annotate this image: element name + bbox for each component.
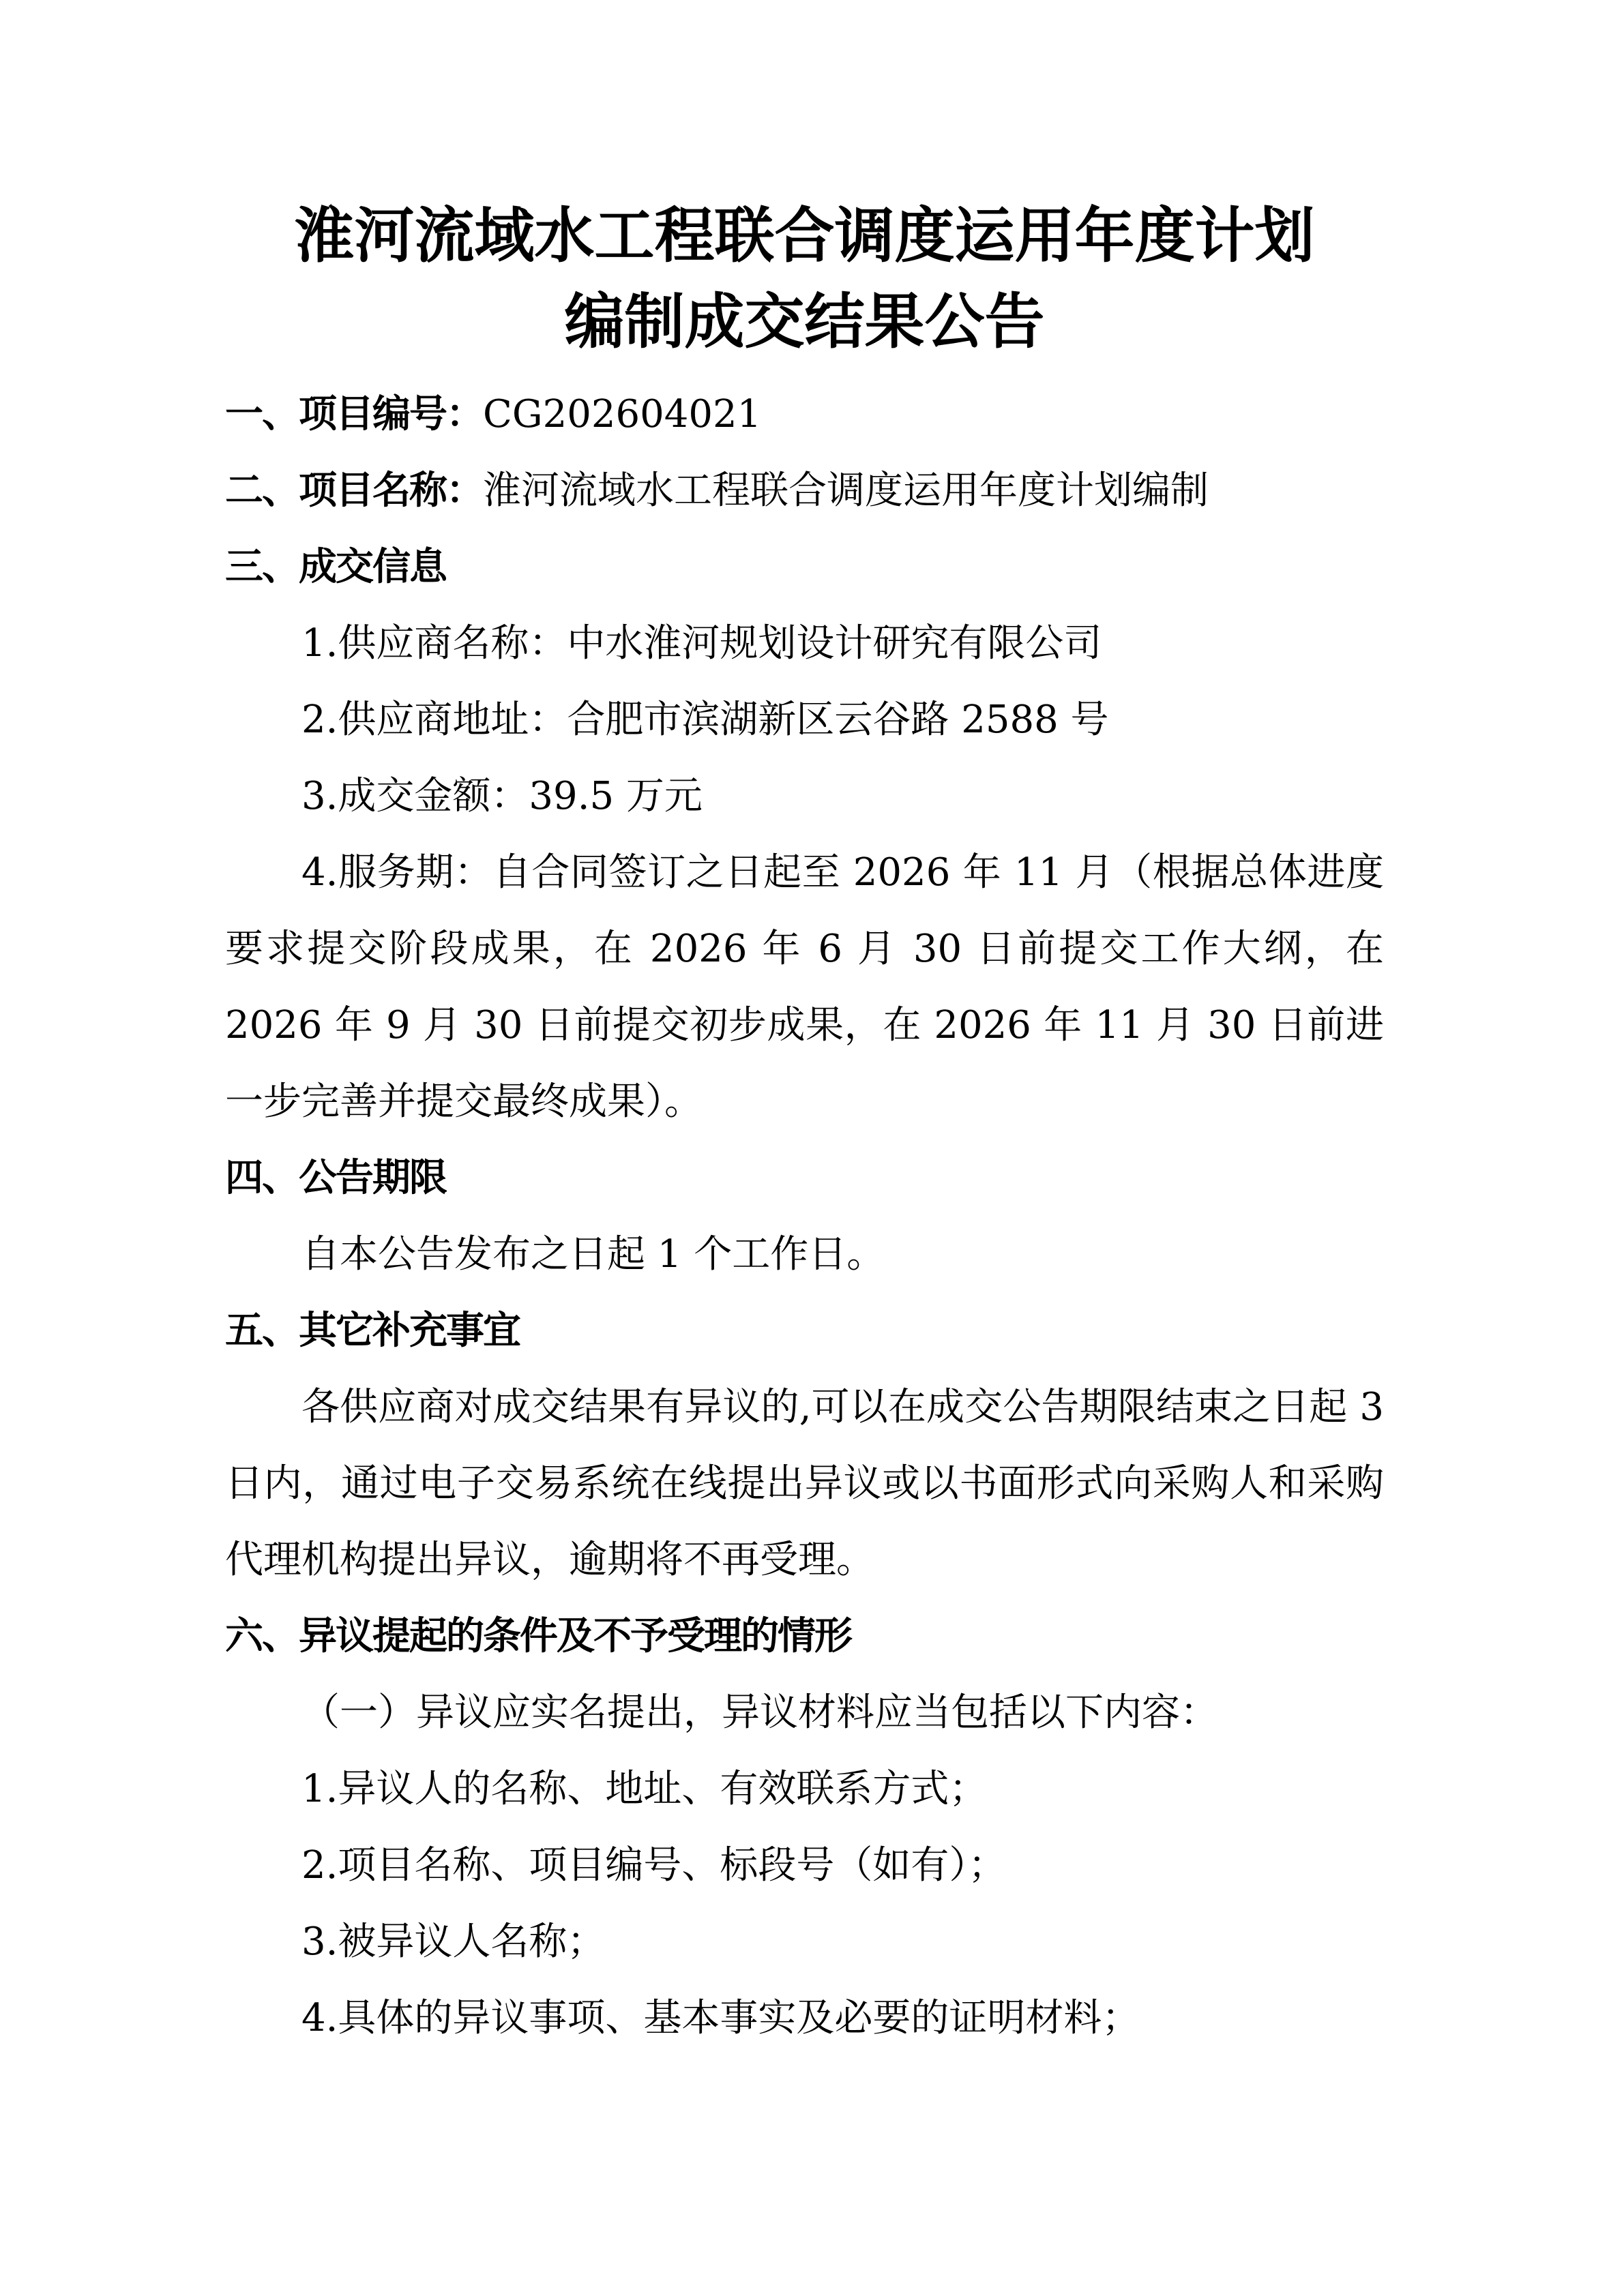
section-label-project-name: 二、项目名称： — [225, 468, 483, 513]
section-label-objection-conditions: 六、异议提起的条件及不予受理的情形 — [225, 1614, 851, 1658]
document-title: 淮河流域水工程联合调度运用年度计划 编制成交结果公告 — [225, 192, 1384, 364]
section-label-supplementary: 五、其它补充事宜 — [225, 1309, 520, 1353]
paragraph-objection-requirements: （一）异议应实名提出，异议材料应当包括以下内容： — [225, 1675, 1384, 1751]
section-label-project-number: 一、项目编号： — [225, 392, 483, 436]
section-label-announcement-period: 四、公告期限 — [225, 1156, 446, 1200]
paragraph-award-amount: 3.成交金额：39.5 万元 — [225, 758, 1384, 835]
paragraph-objection-procedure: 各供应商对成交结果有异议的,可以在成交公告期限结束之日起 3 日内，通过电子交易… — [225, 1369, 1384, 1598]
section-heading-project-number: 一、项目编号：CG202604021 — [225, 376, 1384, 453]
paragraph-objected-party: 3.被异议人名称； — [225, 1904, 1384, 1980]
document-body: 一、项目编号：CG202604021 二、项目名称：淮河流域水工程联合调度运用年… — [225, 376, 1384, 2057]
document-title-line-1: 淮河流域水工程联合调度运用年度计划 — [225, 192, 1384, 278]
project-name-value: 淮河流域水工程联合调度运用年度计划编制 — [483, 468, 1209, 513]
section-heading-supplementary: 五、其它补充事宜 — [225, 1293, 1384, 1369]
section-label-award-info: 三、成交信息 — [225, 545, 446, 589]
section-heading-objection-conditions: 六、异议提起的条件及不予受理的情形 — [225, 1598, 1384, 1675]
document-page: 淮河流域水工程联合调度运用年度计划 编制成交结果公告 一、项目编号：CG2026… — [0, 0, 1624, 2296]
paragraph-service-period: 4.服务期：自合同签订之日起至 2026 年 11 月（根据总体进度要求提交阶段… — [225, 835, 1384, 1140]
project-number-value: CG202604021 — [483, 392, 761, 436]
paragraph-announcement-period: 自本公告发布之日起 1 个工作日。 — [225, 1217, 1384, 1293]
paragraph-project-identification: 2.项目名称、项目编号、标段号（如有）； — [225, 1828, 1384, 1904]
paragraph-objector-info: 1.异议人的名称、地址、有效联系方式； — [225, 1751, 1384, 1828]
section-heading-project-name: 二、项目名称：淮河流域水工程联合调度运用年度计划编制 — [225, 453, 1384, 529]
paragraph-supplier-name: 1.供应商名称：中水淮河规划设计研究有限公司 — [225, 606, 1384, 682]
paragraph-objection-evidence: 4.具体的异议事项、基本事实及必要的证明材料； — [225, 1980, 1384, 2057]
paragraph-supplier-address: 2.供应商地址：合肥市滨湖新区云谷路 2588 号 — [225, 682, 1384, 758]
section-heading-award-info: 三、成交信息 — [225, 529, 1384, 606]
document-title-line-2: 编制成交结果公告 — [225, 278, 1384, 364]
section-heading-announcement-period: 四、公告期限 — [225, 1140, 1384, 1217]
